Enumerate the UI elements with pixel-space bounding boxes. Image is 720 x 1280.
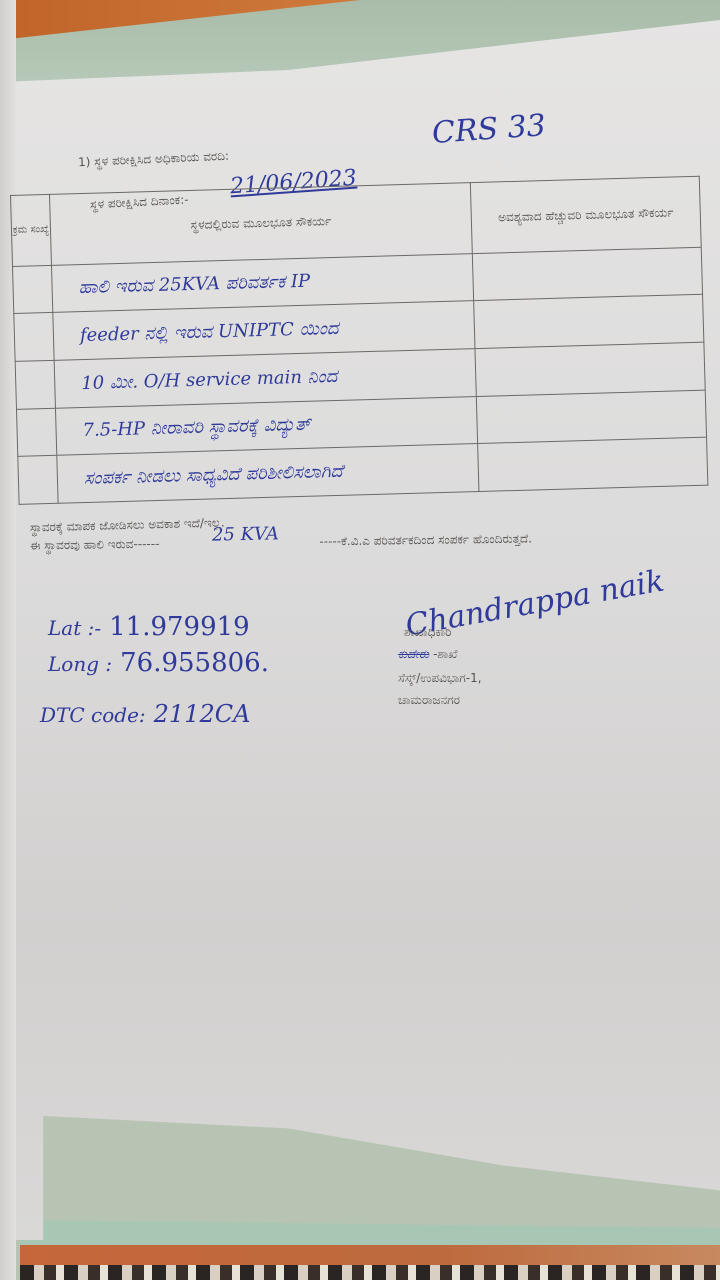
latitude-value: 11.979919 (109, 612, 250, 642)
signatory-place: ಚಾಮರಾಜನಗರ (398, 693, 460, 708)
cell-required (475, 342, 705, 396)
header-existing-facilities: ಸ್ಥಳದಲ್ಲಿರುವ ಮೂಲಭೂತ ಸೌಕರ್ಯ (49, 183, 472, 265)
cell-serial (18, 456, 58, 505)
cell-serial (14, 313, 54, 362)
cell-serial (16, 408, 56, 457)
longitude-row: Long :76.955806. (48, 648, 269, 678)
longitude-value: 76.955806. (120, 648, 269, 678)
background-cloth (20, 1265, 720, 1280)
header-required-facilities: ಅವಶ್ಯವಾದ ಹೆಚ್ಚುವರಿ ಮೂಲಭೂತ ಸೌಕರ್ಯ (470, 176, 701, 253)
signatory-office-handwritten: ಕುದೇರು (398, 647, 429, 661)
cell-required (478, 437, 708, 491)
cell-required (472, 247, 702, 301)
cell-serial (12, 265, 52, 314)
facilities-table-container: ಕ್ರಮ ಸಂಖ್ಯೆ ಸ್ಥಳದಲ್ಲಿರುವ ಮೂಲಭೂತ ಸೌಕರ್ಯ ಅ… (10, 176, 708, 505)
dtc-code-value: 2112CA (154, 700, 251, 728)
dtc-code-row: DTC code:2112CA (40, 700, 250, 728)
header-serial-number: ಕ್ರಮ ಸಂಖ್ಯೆ (11, 194, 52, 266)
facilities-table: ಕ್ರಮ ಸಂಖ್ಯೆ ಸ್ಥಳದಲ್ಲಿರುವ ಮೂಲಭೂತ ಸೌಕರ್ಯ ಅ… (10, 176, 708, 505)
latitude-row: Lat :-11.979919 (48, 612, 250, 642)
dtc-code-label: DTC code: (40, 703, 146, 727)
transformer-line-prefix: ಈ ಸ್ಥಾವರವು ಹಾಲಿ ಇರುವ------ (30, 537, 160, 554)
cell-serial (15, 360, 55, 409)
cell-required (474, 294, 704, 348)
transformer-line-suffix: -----ಕೆ.ವಿ.ಎ ಪರಿವರ್ತಕದಿಂದ ಸಂಪರ್ಕ ಹೊಂದಿರು… (319, 531, 532, 549)
longitude-label: Long : (48, 652, 112, 676)
transformer-capacity-blank (159, 545, 319, 547)
signatory-office-suffix: -ಶಾಖೆ (433, 647, 457, 661)
paper-edge (0, 0, 16, 1280)
signatory-office: ಕುದೇರು-ಶಾಖೆ (398, 647, 457, 662)
signatory-division: ಸೆಸ್ಕ್/ಉಪವಿಭಾಗ-1, (398, 671, 482, 686)
cell-required (476, 390, 706, 444)
transformer-capacity-value: 25 KVA (212, 523, 279, 545)
latitude-label: Lat :- (48, 616, 101, 640)
signatory-title: ಶಾಖಾಧಿಕಾರಿ (404, 625, 452, 640)
